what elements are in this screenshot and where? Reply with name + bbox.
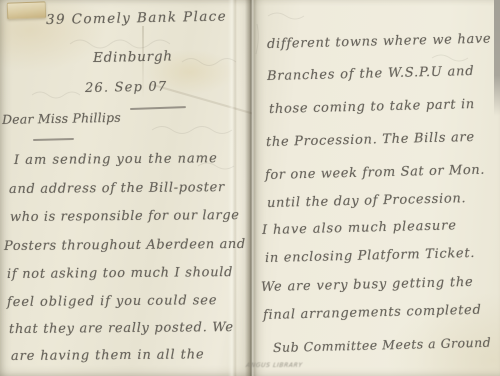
handwritten-line: feel obliged if you could see xyxy=(7,293,218,310)
tape-fragment xyxy=(7,1,47,19)
letter-photograph: 39 Comely Bank Place Edinburgh 26. Sep 0… xyxy=(0,0,500,376)
credit-stamp: ANGUS LIBRARY xyxy=(246,362,303,369)
handwritten-line: I am sending you the name xyxy=(14,151,218,168)
handwritten-line: if not asking too much I should xyxy=(7,265,233,282)
salutation: Dear Miss Phillips xyxy=(2,110,121,127)
date-line: 26. Sep 07 xyxy=(85,79,168,96)
handwritten-line: are having them in all the xyxy=(11,347,205,364)
handwritten-line: who is responsible for our large xyxy=(10,208,240,225)
scan-edge-strip xyxy=(494,0,500,116)
address-line-2: Edinburgh xyxy=(93,48,173,66)
handwritten-line: that they are really posted. We xyxy=(9,320,234,337)
handwritten-line: Posters throughout Aberdeen and xyxy=(4,237,246,254)
handwritten-line: and address of the Bill-poster xyxy=(9,180,225,197)
page-fold-shadow xyxy=(245,0,257,376)
